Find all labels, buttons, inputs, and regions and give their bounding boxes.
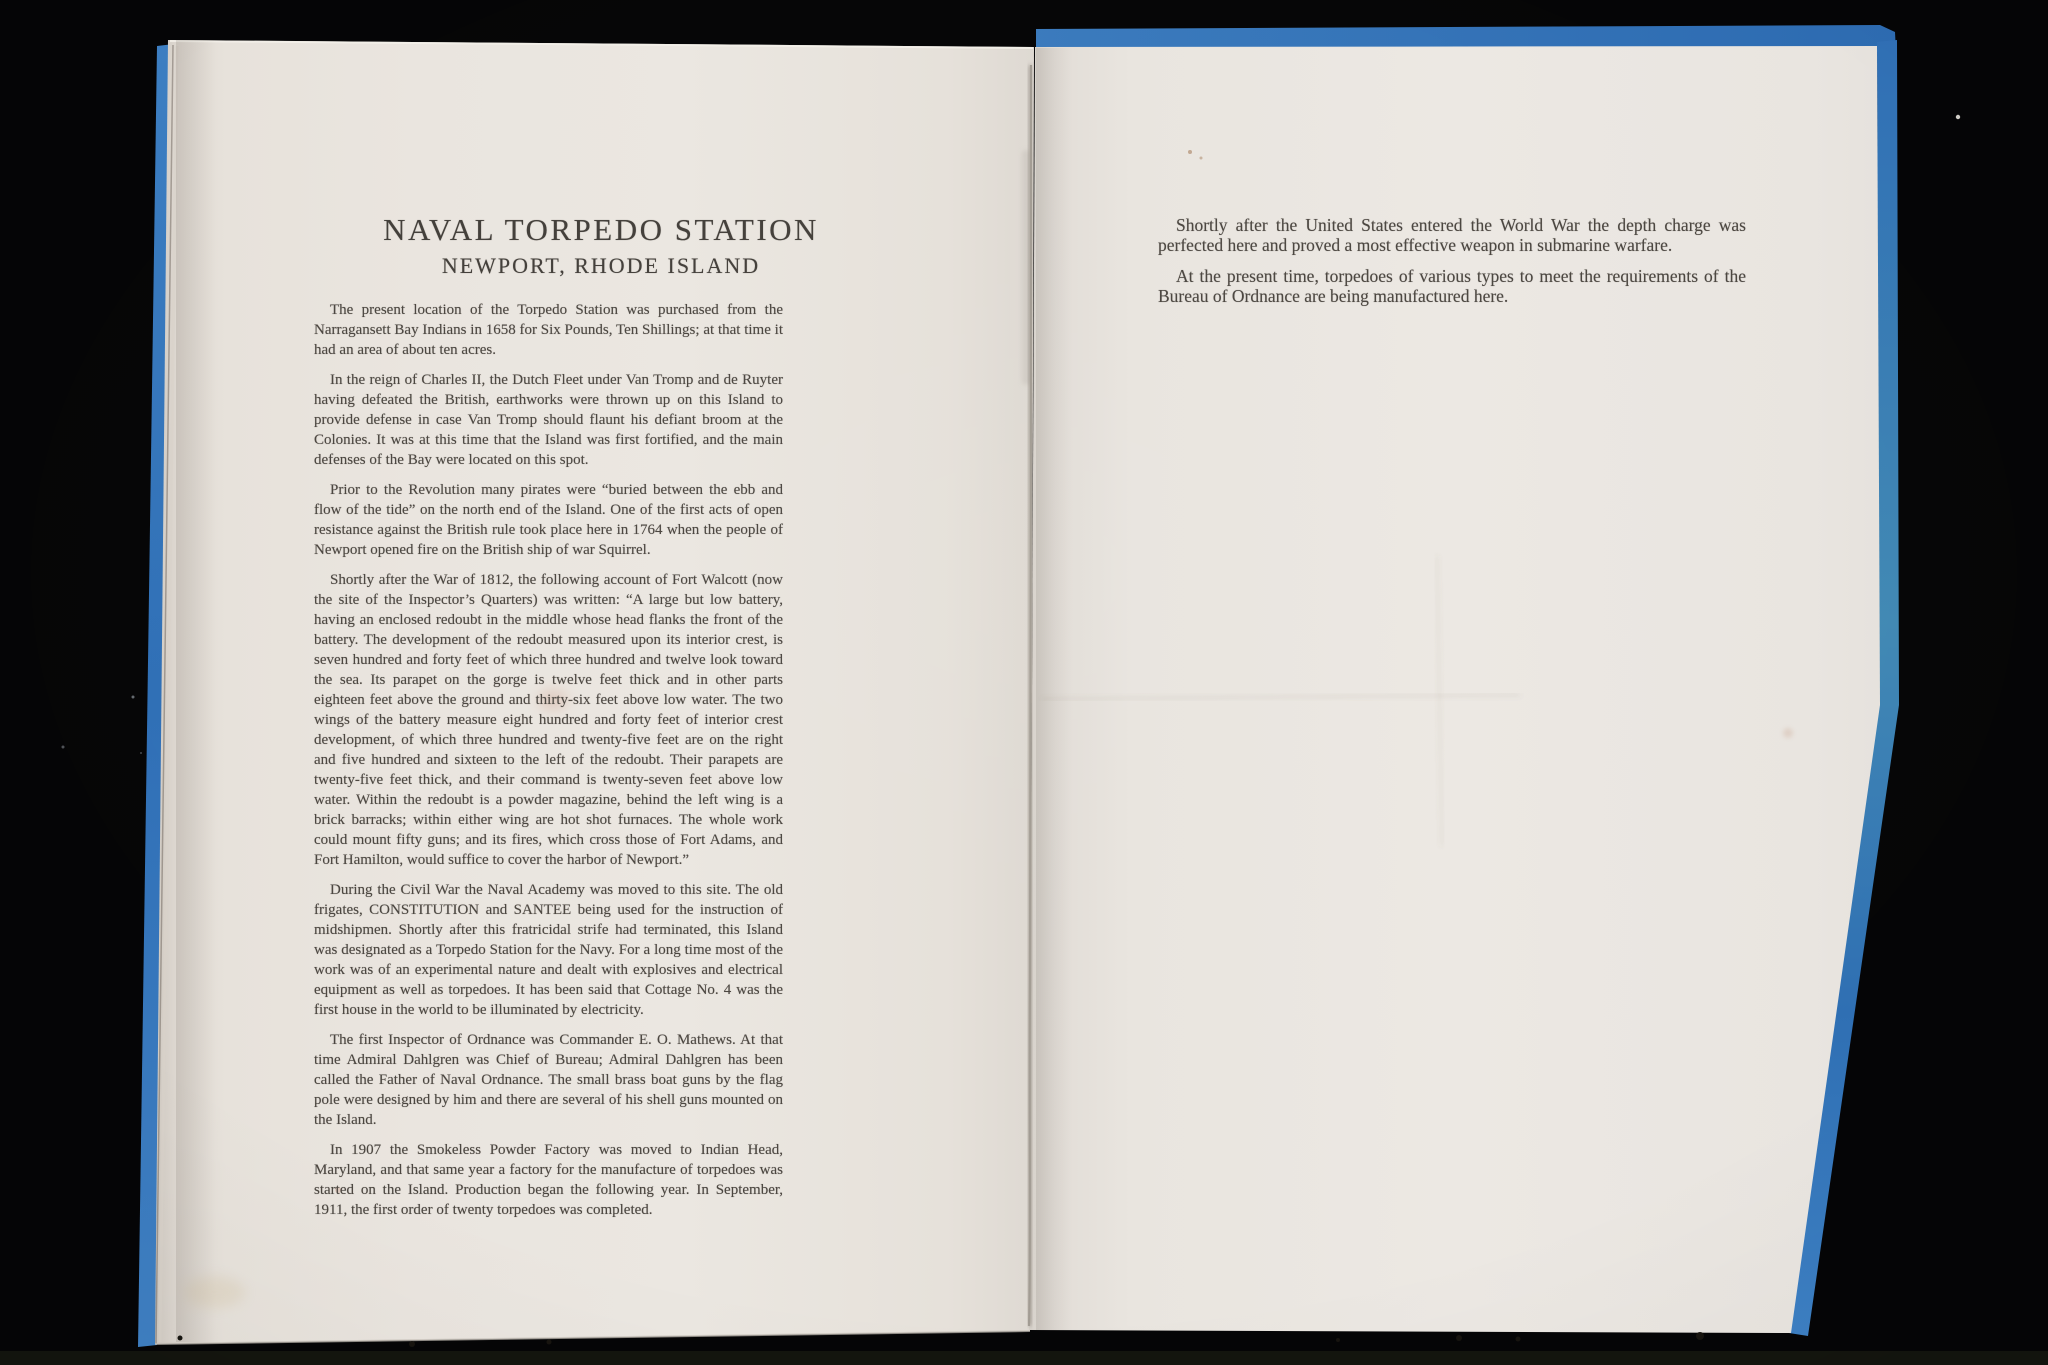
left-paragraph-4: Shortly after the War of 1812, the follo… (314, 570, 783, 870)
bottom-speck-7 (178, 1336, 183, 1341)
dust-speck-1 (1956, 115, 1960, 119)
left-paragraph-1: The present location of the Torpedo Stat… (314, 300, 783, 360)
page-subtitle: NEWPORT, RHODE ISLAND (170, 251, 1032, 281)
gutter-speck-1 (1188, 150, 1192, 154)
dust-speck-2 (132, 696, 135, 699)
corner-stain (185, 1276, 245, 1308)
gutter-speck-2 (1200, 157, 1203, 160)
right-edge-stain (1783, 728, 1793, 738)
left-paragraph-5: During the Civil War the Naval Academy w… (314, 880, 783, 1020)
left-page-heading: NAVAL TORPEDO STATION NEWPORT, RHODE ISL… (170, 212, 1032, 281)
bottom-speck-3 (1336, 1338, 1340, 1342)
page-title: NAVAL TORPEDO STATION (170, 212, 1032, 248)
right-page-gutter-shade (1036, 48, 1072, 1330)
table-edge-strip (0, 1351, 2048, 1365)
right-paragraph-1: Shortly after the United States entered … (1158, 215, 1746, 255)
dust-speck-3 (140, 752, 142, 754)
bottom-speck-2 (547, 1340, 552, 1345)
photo-backdrop: NAVAL TORPEDO STATION NEWPORT, RHODE ISL… (0, 0, 2048, 1365)
left-paragraph-3: Prior to the Revolution many pirates wer… (314, 480, 783, 560)
bottom-speck-5 (1516, 1337, 1521, 1342)
bottom-speck-4 (1456, 1335, 1462, 1341)
right-paragraph-2: At the present time, torpedoes of variou… (1158, 266, 1746, 306)
left-paragraph-2: In the reign of Charles II, the Dutch Fl… (314, 370, 783, 470)
left-paragraph-6: The first Inspector of Ordnance was Comm… (314, 1030, 783, 1130)
left-page-text: The present location of the Torpedo Stat… (314, 300, 783, 1220)
dust-speck-4 (62, 746, 65, 749)
bottom-speck-1 (409, 1341, 415, 1347)
open-booklet-photo (0, 0, 2048, 1365)
left-paragraph-7: In 1907 the Smokeless Powder Factory was… (314, 1140, 783, 1220)
bottom-speck-6 (1696, 1332, 1704, 1340)
right-page-text: Shortly after the United States entered … (1158, 215, 1746, 306)
